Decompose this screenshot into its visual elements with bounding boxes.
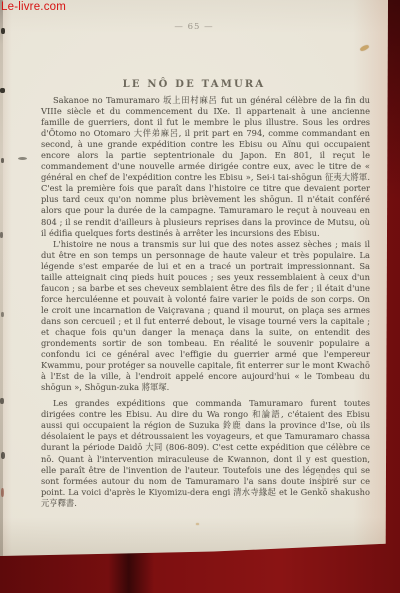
paragraph-1: Sakanoe no Tamuramaro 坂上田村麻呂 fut un géné… (41, 95, 370, 239)
edge-speck (18, 157, 27, 160)
cover-fold-shadow (108, 548, 154, 593)
edge-speck (1, 312, 4, 317)
edge-speck (0, 398, 4, 404)
edge-speck (1, 452, 5, 459)
edge-speck (1, 158, 4, 163)
book-page: — 65 — LE NÔ DE TAMURA Sakanoe no Tamura… (0, 0, 388, 556)
cover-edge-shadow (386, 0, 400, 200)
body-text: Sakanoe no Tamuramaro 坂上田村麻呂 fut un géné… (41, 95, 370, 509)
scanned-book-photo: — 65 — LE NÔ DE TAMURA Sakanoe no Tamura… (0, 0, 400, 593)
edge-speck (0, 232, 3, 238)
paragraph-3: Les grandes expéditions que commanda Tam… (41, 398, 370, 508)
edge-speck (1, 488, 4, 497)
paragraph-2: L'histoire ne nous a transmis sur lui qu… (41, 239, 370, 394)
signature-mark: N. I (318, 473, 337, 482)
paper-speck (360, 44, 370, 51)
watermark-text: Le-livre.com (1, 1, 66, 13)
page-title: LE NÔ DE TAMURA (0, 79, 388, 90)
page-number: — 65 — (0, 22, 388, 32)
paper-speck (196, 523, 199, 525)
